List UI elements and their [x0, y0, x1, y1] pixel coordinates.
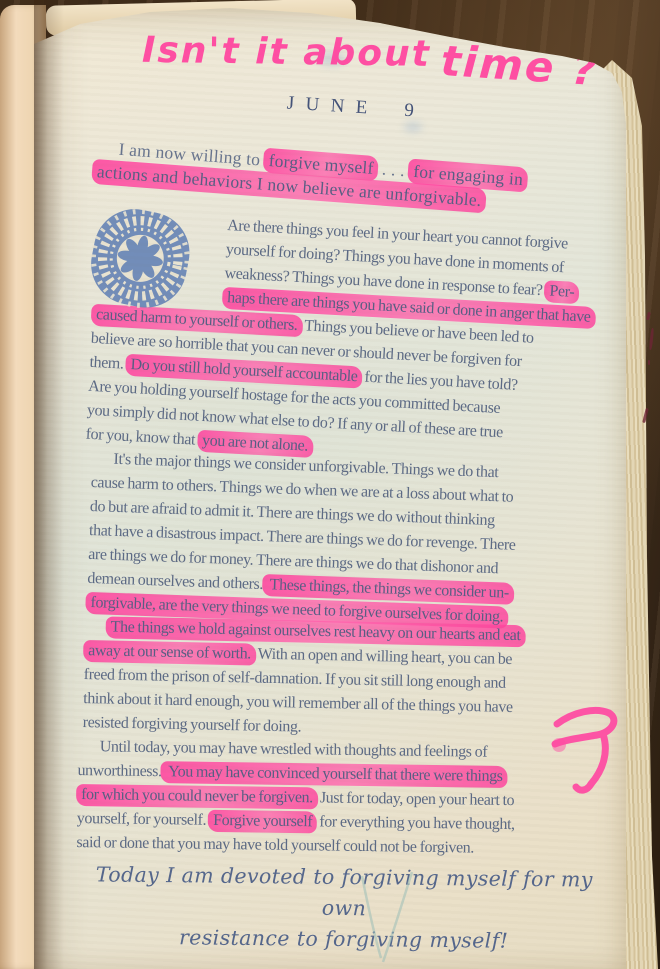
highlight: Per-: [544, 280, 580, 304]
photo-of-book-page: { "scene": { "description": "open book p…: [0, 0, 660, 969]
margin-scribble-icon: [549, 698, 621, 798]
highlight: away at our sense of worth.: [83, 640, 256, 666]
text-segment: for everything you have thought,: [316, 813, 515, 833]
highlight: Forgive yourself: [208, 810, 317, 834]
note-part1: Isn't it about: [142, 30, 431, 75]
text-segment: With an open and willing heart, you can …: [255, 646, 513, 668]
note-part2: time ?: [439, 36, 600, 95]
text-segment: resisted forgiving yourself for doing.: [83, 714, 302, 736]
closing-line: Today I am devoted to forgiving myself f…: [94, 859, 595, 926]
highlight: for which you could never be forgiven.: [76, 784, 318, 809]
text-segment: said or done that you may have told your…: [76, 834, 474, 857]
medallion-stamp-icon: [87, 207, 212, 303]
paragraph: The things we hold against ourselves res…: [82, 615, 583, 745]
bleed-through-mark: [354, 862, 434, 968]
pen-mark: [649, 328, 654, 350]
text-segment: them.: [89, 354, 127, 373]
paragraph: Until today, you may have wrestled with …: [76, 735, 584, 862]
handwritten-note: Isn't it abouttime ?: [142, 23, 599, 78]
opening-affirmation: I am now willing to forgive myself . . .…: [92, 132, 580, 216]
paragraph: It's the major things we consider unforg…: [86, 447, 584, 632]
closing-affirmation: Today I am devoted to forgiving myself f…: [94, 859, 595, 957]
closing-line: resistance to forgiving myself!: [94, 921, 594, 957]
ink-smudge: [404, 122, 422, 132]
text-segment: Just for today, open your heart to: [317, 789, 515, 809]
text-segment: Until today, you may have wrestled with …: [100, 738, 488, 760]
text-segment: unworthiness.: [77, 762, 161, 780]
text-segment: for you, know that: [85, 426, 198, 449]
text-segment: yourself, for yourself.: [77, 810, 210, 829]
pen-mark: [646, 312, 651, 320]
pen-mark: [648, 360, 650, 365]
book-page: Isn't it abouttime ? JUNE 9 I am now wil…: [34, 0, 626, 969]
paragraph: Are there things you feel in your heart …: [85, 207, 583, 473]
body-text: Are there things you feel in your heart …: [76, 207, 584, 855]
text-segment: demean ourselves and others.: [87, 570, 263, 593]
